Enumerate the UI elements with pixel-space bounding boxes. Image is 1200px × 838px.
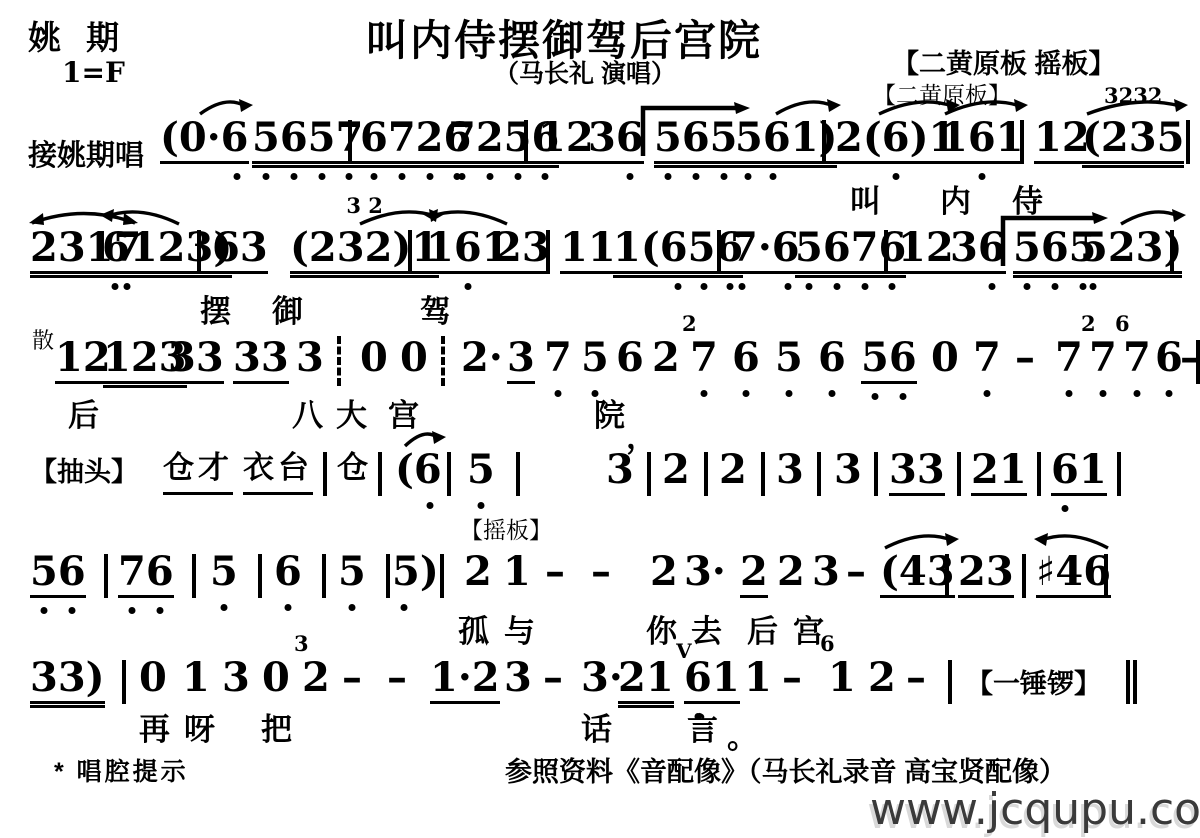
- lyric-char: 内: [940, 176, 971, 221]
- barline: [874, 452, 878, 496]
- octave-dots: [160, 173, 249, 181]
- note-token: 3: [834, 448, 862, 493]
- note-token: 21V: [618, 656, 674, 704]
- octave-dots: [118, 607, 174, 615]
- note-token: 6: [732, 336, 760, 381]
- octave-dots: [544, 390, 572, 398]
- barline: [647, 452, 651, 496]
- note-token: –: [543, 656, 563, 701]
- tie-arc: [197, 99, 255, 117]
- note-token: –: [545, 550, 565, 595]
- note-token: 33: [889, 448, 945, 496]
- lyric-char: 驾: [420, 286, 451, 331]
- lyric-char: 话: [581, 704, 612, 749]
- note-token: 63: [212, 226, 268, 274]
- dashed-barline: [441, 336, 445, 386]
- percussion-token: 衣台: [243, 448, 313, 495]
- barline: [717, 230, 721, 274]
- note-token: 565: [654, 116, 738, 164]
- barline: [1186, 120, 1190, 164]
- octave-dots: [467, 502, 495, 510]
- lyric-char: 呀: [184, 704, 215, 749]
- grace-note: 6: [820, 634, 835, 654]
- octave-dots: [210, 604, 238, 612]
- note-token: 72: [1089, 336, 1117, 381]
- tie-arc: [98, 209, 182, 227]
- note-token: (6: [395, 448, 442, 493]
- footnote-left: * 唱腔提示: [54, 752, 189, 788]
- note-token: 23: [494, 226, 550, 274]
- octave-dots: [795, 283, 906, 291]
- grace-note: 6: [1115, 314, 1130, 334]
- note-token: 61: [1051, 448, 1107, 496]
- barline: [1196, 340, 1200, 384]
- note-token: 5: [210, 550, 238, 595]
- note-token: –: [846, 550, 866, 595]
- note-token: 6: [616, 336, 644, 381]
- octave-dots: [1080, 283, 1182, 291]
- lyric-char: 八: [292, 390, 323, 435]
- octave-dots: [1055, 390, 1083, 398]
- tie-arc: [773, 99, 843, 117]
- note-token: 23: [958, 550, 1014, 598]
- note-token: 3: [222, 656, 250, 701]
- note-token: 3: [296, 336, 324, 381]
- note-token: (0·6: [160, 116, 249, 164]
- octave-dots: [950, 283, 1006, 291]
- lyric-char: 与: [504, 606, 535, 651]
- note-token: 2: [868, 656, 896, 701]
- note-token: 5: [467, 448, 495, 493]
- note-token: 3: [776, 448, 804, 493]
- grace-note: 2: [1081, 314, 1096, 334]
- lyric-char: 大: [336, 390, 367, 435]
- note-token: 7: [1055, 336, 1083, 381]
- note-token: 36: [950, 226, 1006, 274]
- note-token: 76: [118, 550, 174, 598]
- note-token: 3: [606, 448, 634, 493]
- note-token: 11: [560, 226, 616, 274]
- octave-dots: [861, 393, 917, 401]
- tie-arc: [1032, 533, 1111, 551]
- sanban-label: 散: [32, 324, 54, 355]
- yaoban-label: 【摇板】: [460, 512, 552, 545]
- tie-arc: [1084, 99, 1190, 117]
- barline: [378, 452, 382, 496]
- cue-label: 接姚期唱: [28, 133, 144, 174]
- sheet-music-page: 姚 期 1=F 叫内侍摆御驾后宫院 （马长礼 演唱） 【二黄原板 摇板】 (0·…: [0, 0, 1200, 838]
- note-token: 36: [588, 116, 644, 164]
- lyric-char: 你: [646, 606, 677, 651]
- barline: [761, 452, 765, 496]
- barline: [1170, 230, 1174, 274]
- octave-dots: [1051, 505, 1107, 513]
- lyric-char: 御: [272, 286, 303, 331]
- note-token: 0: [139, 656, 167, 701]
- percussion-token: 仓: [337, 448, 372, 492]
- octave-dots: [1089, 390, 1117, 398]
- note-token: 23: [302, 656, 330, 701]
- note-token: 2(6)1: [835, 116, 956, 164]
- note-token: (232)13 2: [290, 226, 439, 274]
- note-token: 1: [744, 656, 772, 701]
- tie-arc: [882, 533, 961, 551]
- note-token: 33): [30, 656, 105, 704]
- note-token: 56: [861, 336, 917, 384]
- percussion-token: 仓才: [163, 448, 233, 495]
- barline: [440, 554, 444, 598]
- octave-dots: [274, 604, 302, 612]
- octave-dots: [338, 604, 366, 612]
- note-token: 16: [828, 656, 856, 701]
- note-token: ♯46: [1036, 550, 1111, 598]
- note-token: 1(656: [613, 226, 743, 274]
- octave-dots: [448, 173, 559, 181]
- note-token: 3: [507, 336, 535, 384]
- lyric-char: 把: [261, 704, 292, 749]
- barline: [1022, 554, 1026, 598]
- tie-arc: [1118, 209, 1188, 227]
- dashed-barline: [337, 336, 341, 386]
- note-token: 5: [338, 550, 366, 595]
- lyric-char: 后: [747, 606, 778, 651]
- banshi-erhuang-yuanban-label: 【二黄原板】: [873, 77, 1011, 110]
- note-token: 2·: [461, 336, 503, 381]
- octave-dots: [613, 283, 743, 291]
- octave-dots: [30, 607, 86, 615]
- note-token: 0: [400, 336, 428, 381]
- octave-dots: [395, 502, 442, 510]
- barline: [1020, 120, 1024, 164]
- barline: [546, 230, 550, 274]
- octave-dots: [818, 390, 846, 398]
- barline: [516, 452, 520, 496]
- note-token: 161: [940, 116, 1024, 164]
- note-token: 2: [777, 550, 805, 595]
- barline: [704, 452, 708, 496]
- note-token: 2: [740, 550, 768, 598]
- note-token: (2353232: [1082, 116, 1184, 164]
- note-token: 12: [538, 116, 594, 164]
- barline: [524, 120, 528, 164]
- octave-dots: [732, 390, 760, 398]
- barline: [1037, 452, 1041, 496]
- note-token: –: [1015, 336, 1035, 381]
- lyric-char: 宫: [388, 390, 419, 435]
- site-watermark: www.jcqupu.com: [870, 784, 1200, 835]
- barline: [197, 230, 201, 274]
- barline: [192, 554, 196, 598]
- note-token: 2: [652, 336, 680, 381]
- note-token: 33: [168, 336, 224, 384]
- octave-dots: [654, 173, 738, 181]
- octave-dots: [252, 173, 363, 181]
- octave-dots: [588, 173, 644, 181]
- octave-dots: [775, 390, 803, 398]
- note-token: 21: [971, 448, 1027, 496]
- lyric-char: 后: [68, 390, 99, 435]
- note-token: 6: [1155, 336, 1183, 381]
- octave-dots: [973, 390, 1001, 398]
- note-token: 12: [898, 226, 954, 274]
- note-token: 7·6: [730, 226, 800, 274]
- note-token: 0: [931, 336, 959, 381]
- barline: [817, 452, 821, 496]
- note-token: 2: [650, 550, 678, 595]
- note-token: 5): [392, 550, 439, 595]
- barline: [945, 554, 949, 598]
- barline: [948, 660, 952, 704]
- note-token: 523): [1080, 226, 1182, 274]
- note-token: –: [342, 656, 362, 701]
- note-token: 5676: [795, 226, 906, 274]
- barline: [258, 554, 262, 598]
- lyric-char: 再: [139, 704, 170, 749]
- lyric-char: 孤: [458, 606, 489, 651]
- octave-dots: [690, 390, 718, 398]
- barline: [408, 230, 412, 274]
- final-double-barline: [1126, 660, 1137, 704]
- note-token: 3·: [684, 550, 726, 595]
- barline: [348, 120, 352, 164]
- note-token: 5: [581, 336, 609, 381]
- note-token: 61: [684, 656, 740, 704]
- barline: [447, 452, 451, 496]
- note-token: –: [782, 656, 802, 701]
- note-token: –: [387, 656, 407, 701]
- note-token: –: [906, 656, 926, 701]
- barline: [104, 554, 108, 598]
- barline: [822, 120, 826, 164]
- octave-dots: [735, 173, 837, 181]
- note-token: 2: [464, 550, 492, 595]
- grace-note: 3: [294, 634, 309, 654]
- barline: [323, 452, 327, 496]
- note-token: 3: [812, 550, 840, 595]
- choutou-label: 【抽头】: [30, 450, 138, 489]
- note-token: 33: [233, 336, 289, 384]
- lyric-char: 叫: [850, 176, 881, 221]
- note-token: 3·: [581, 656, 623, 701]
- note-token: –: [591, 550, 611, 595]
- note-token: 1·2: [430, 656, 500, 704]
- barline: [884, 230, 888, 274]
- barline: [386, 554, 390, 598]
- note-token: 3: [504, 656, 532, 701]
- note-token: 0: [262, 656, 290, 701]
- note-token: 7: [973, 336, 1001, 381]
- barline: [1104, 554, 1108, 598]
- octave-dots: [1155, 390, 1183, 398]
- lyric-char: 去: [691, 606, 722, 651]
- barline: [1117, 452, 1121, 496]
- note-token: (43: [880, 550, 955, 598]
- barline: [122, 660, 126, 704]
- note-token: 5: [775, 336, 803, 381]
- lyric-char: 摆: [200, 286, 231, 331]
- note-token: 7: [544, 336, 572, 381]
- note-token: 6: [274, 550, 302, 595]
- barline: [957, 452, 961, 496]
- octave-dots: [730, 283, 800, 291]
- note-token: 2: [719, 448, 747, 493]
- yichuiluo-label: 【一锤锣】: [966, 662, 1101, 701]
- note-token: 5657: [252, 116, 363, 164]
- barline: [322, 554, 326, 598]
- lyric-char: 院: [594, 390, 625, 435]
- note-token: 2: [662, 448, 690, 493]
- octave-dots: [1123, 390, 1151, 398]
- note-token: 1: [503, 550, 531, 595]
- grace-note: 2: [682, 314, 697, 334]
- note-token: 76: [1123, 336, 1151, 381]
- note-token: 0: [360, 336, 388, 381]
- score-canvas: (0·65657672672561236565561)2(6)116112(23…: [0, 0, 1200, 838]
- note-token: 72: [690, 336, 718, 381]
- tie-arc: [402, 431, 448, 449]
- note-token: 6: [818, 336, 846, 381]
- note-token: 1: [182, 656, 210, 701]
- note-token: 56: [30, 550, 86, 598]
- octave-dots: [392, 604, 439, 612]
- lyric-char: 言: [687, 704, 718, 749]
